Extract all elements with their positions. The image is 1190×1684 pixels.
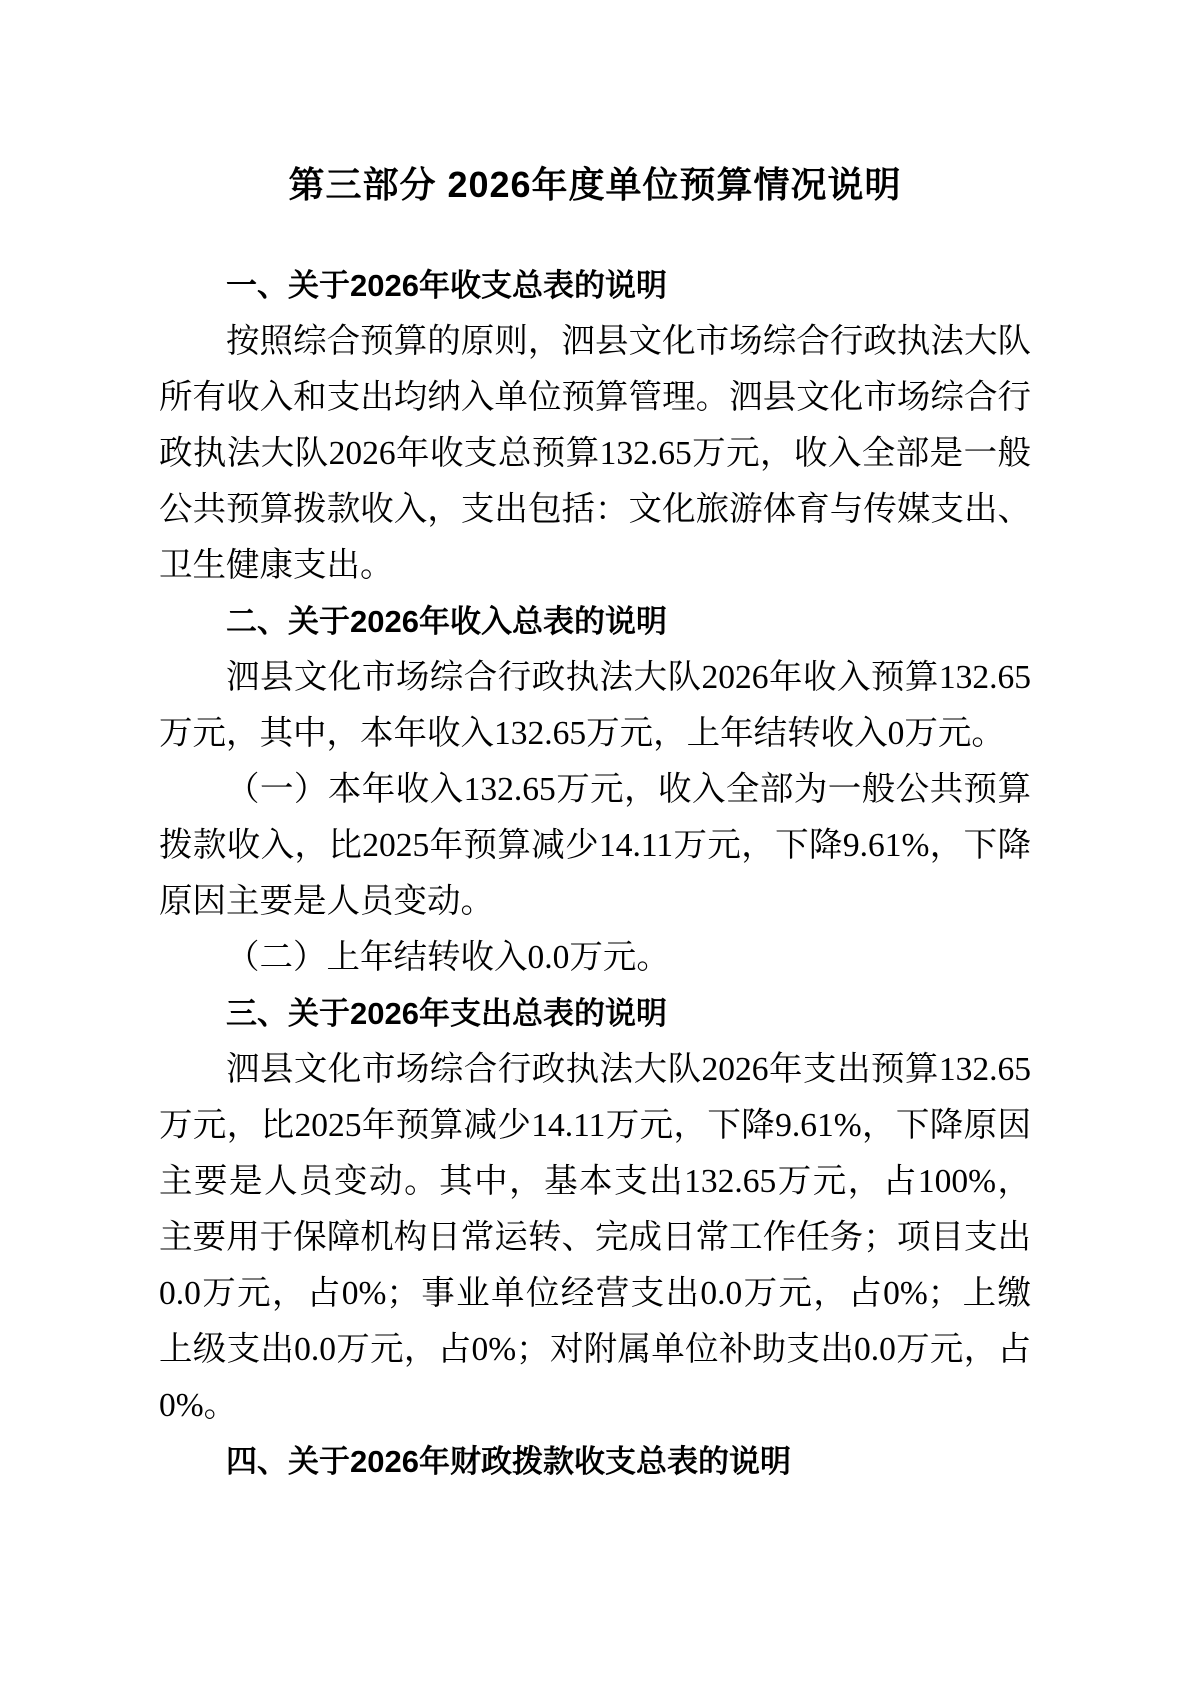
section-3-paragraph-1: 泗县文化市场综合行政执法大队2026年支出预算132.65万元，比2025年预算…	[159, 1042, 1031, 1434]
document-page: 第三部分 2026年度单位预算情况说明 一、关于2026年收支总表的说明 按照综…	[0, 0, 1190, 1684]
page-title: 第三部分 2026年度单位预算情况说明	[159, 157, 1031, 213]
section-3-heading: 三、关于2026年支出总表的说明	[159, 986, 1031, 1042]
section-1-paragraph-1: 按照综合预算的原则，泗县文化市场综合行政执法大队所有收入和支出均纳入单位预算管理…	[159, 314, 1031, 594]
section-1-heading: 一、关于2026年收支总表的说明	[159, 258, 1031, 314]
section-4-heading: 四、关于2026年财政拨款收支总表的说明	[159, 1434, 1031, 1490]
section-2-paragraph-2: （一）本年收入132.65万元，收入全部为一般公共预算拨款收入，比2025年预算…	[159, 762, 1031, 930]
section-2-paragraph-1: 泗县文化市场综合行政执法大队2026年收入预算132.65万元，其中，本年收入1…	[159, 650, 1031, 762]
section-2-paragraph-3: （二）上年结转收入0.0万元。	[159, 930, 1031, 986]
section-2-heading: 二、关于2026年收入总表的说明	[159, 594, 1031, 650]
section-fiscal-appropriation-summary: 四、关于2026年财政拨款收支总表的说明	[159, 1434, 1031, 1490]
section-expense-summary: 三、关于2026年支出总表的说明 泗县文化市场综合行政执法大队2026年支出预算…	[159, 986, 1031, 1434]
section-income-summary: 二、关于2026年收入总表的说明 泗县文化市场综合行政执法大队2026年收入预算…	[159, 594, 1031, 986]
section-income-expense-summary: 一、关于2026年收支总表的说明 按照综合预算的原则，泗县文化市场综合行政执法大…	[159, 258, 1031, 594]
